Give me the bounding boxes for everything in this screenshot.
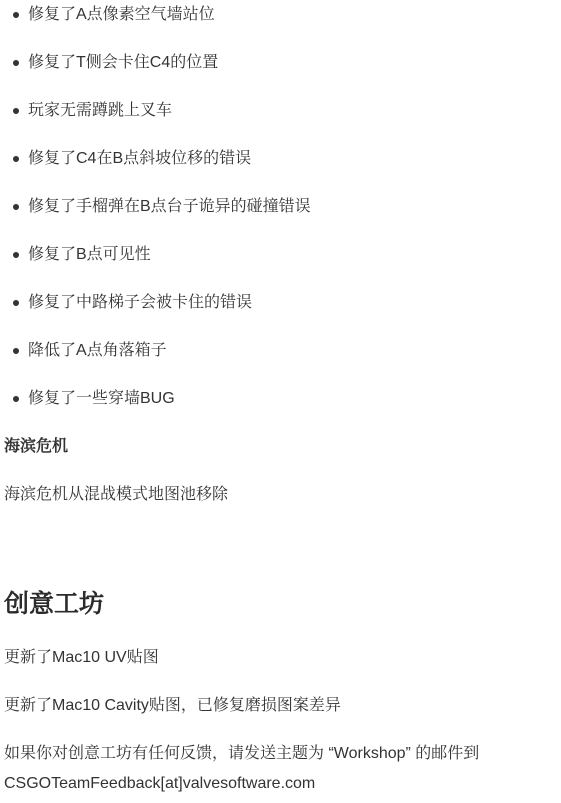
bullet-icon <box>13 300 19 306</box>
fix-list-item: 修复了手榴弹在B点台子诡异的碰撞错误 <box>4 192 543 222</box>
fix-list-item: 修复了A点像素空气墙站位 <box>4 0 543 30</box>
bullet-icon <box>13 396 19 402</box>
fix-list-item-text: 修复了B点可见性 <box>28 246 151 263</box>
fix-list: 修复了A点像素空气墙站位 修复了T侧会卡住C4的位置 玩家无需蹲跳上叉车 修复了… <box>4 0 543 414</box>
bullet-icon <box>13 156 19 162</box>
bullet-icon <box>13 108 19 114</box>
bullet-icon <box>13 348 19 354</box>
fix-list-item: 玩家无需蹲跳上叉车 <box>4 96 543 126</box>
workshop-heading: 创意工坊 <box>4 588 543 621</box>
fix-list-item: 修复了C4在B点斜坡位移的错误 <box>4 144 543 174</box>
fix-list-item: 修复了B点可见性 <box>4 240 543 270</box>
workshop-update-cavity: 更新了Mac10 Cavity贴图，已修复磨损图案差异 <box>4 691 543 721</box>
patch-notes-page: 修复了A点像素空气墙站位 修复了T侧会卡住C4的位置 玩家无需蹲跳上叉车 修复了… <box>0 0 561 799</box>
fix-list-item: 修复了中路梯子会被卡住的错误 <box>4 288 543 318</box>
fix-list-item: 修复了一些穿墙BUG <box>4 384 543 414</box>
coastline-heading: 海滨危机 <box>4 432 543 462</box>
bullet-icon <box>13 252 19 258</box>
bullet-icon <box>13 12 19 18</box>
fix-list-item-text: 玩家无需蹲跳上叉车 <box>28 102 172 119</box>
fix-list-item-text: 修复了T侧会卡住C4的位置 <box>28 54 218 71</box>
fix-list-item-text: 修复了中路梯子会被卡住的错误 <box>28 294 252 311</box>
fix-list-item: 降低了A点角落箱子 <box>4 336 543 366</box>
fix-list-item-text: 修复了A点像素空气墙站位 <box>28 6 215 23</box>
coastline-note: 海滨危机从混战模式地图池移除 <box>4 480 543 510</box>
fix-list-item-text: 修复了手榴弹在B点台子诡异的碰撞错误 <box>28 198 311 215</box>
fix-list-item-text: 修复了C4在B点斜坡位移的错误 <box>28 150 251 167</box>
fix-list-item-text: 修复了一些穿墙BUG <box>28 390 175 407</box>
fix-list-item-text: 降低了A点角落箱子 <box>28 342 167 359</box>
bullet-icon <box>13 60 19 66</box>
bullet-icon <box>13 204 19 210</box>
workshop-feedback: 如果你对创意工坊有任何反馈，请发送主题为 “Workshop” 的邮件到CSGO… <box>4 739 543 799</box>
fix-list-item: 修复了T侧会卡住C4的位置 <box>4 48 543 78</box>
workshop-update-uv: 更新了Mac10 UV贴图 <box>4 643 543 673</box>
